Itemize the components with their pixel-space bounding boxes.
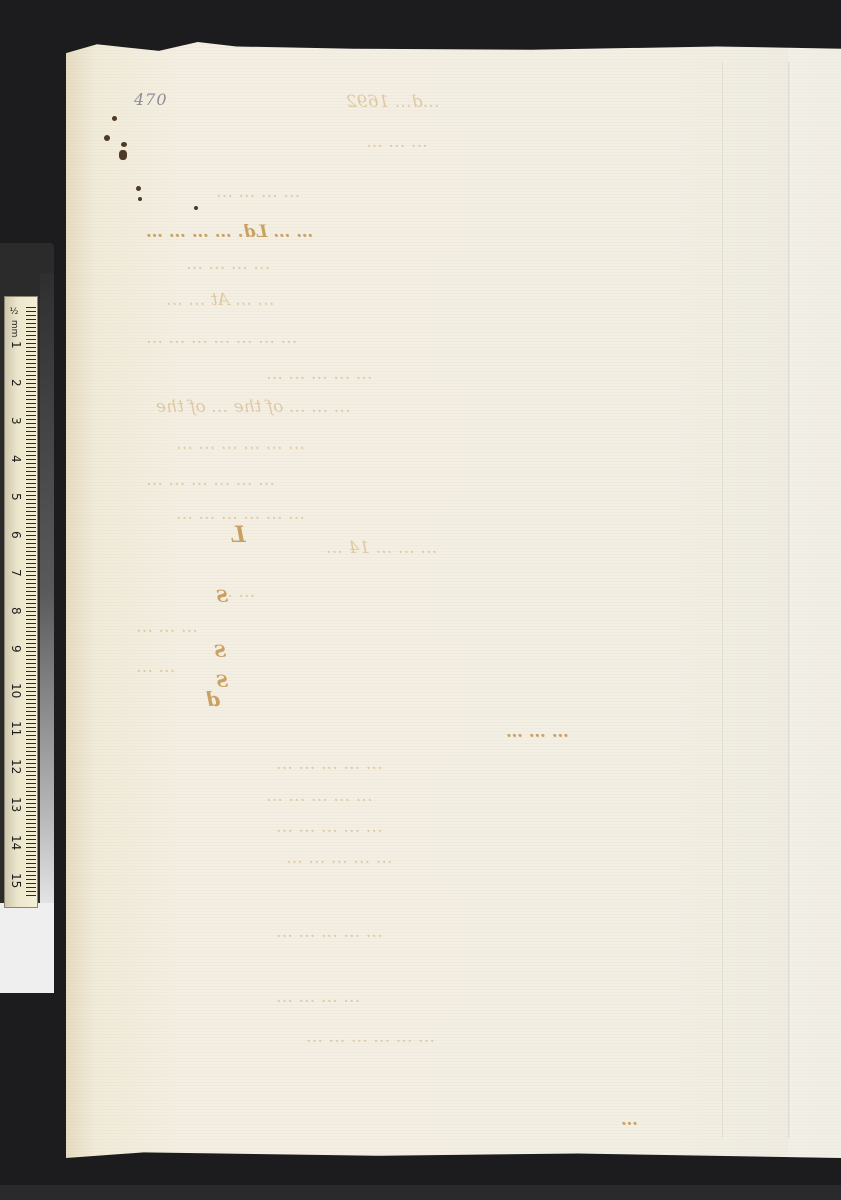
bleed-through-line: … … … … … — [276, 817, 383, 837]
ruler-number: 10 — [9, 683, 23, 698]
ruler-number: 5 — [9, 493, 23, 501]
stain-spot — [136, 186, 141, 191]
stain-spot — [138, 197, 142, 201]
bleed-through-word: … — [621, 1110, 638, 1130]
ruler-number: 15 — [9, 873, 23, 888]
ruler-unit-label: ½ mm — [9, 307, 19, 337]
background-bottom-strip — [0, 1185, 841, 1200]
ruler-ticks — [26, 307, 36, 897]
bleed-through-line: … … … … … — [276, 754, 383, 774]
bleed-through-line: … … … … … — [266, 364, 373, 384]
marginal-mark: S — [214, 642, 226, 662]
stain-spot — [112, 116, 117, 121]
bleed-through-line: … … — [136, 657, 175, 677]
ruler-number: 13 — [9, 797, 23, 812]
bleed-through-line: … … At … … — [166, 290, 274, 310]
page-fold-line — [788, 62, 791, 1138]
marginal-mark: L — [230, 522, 245, 548]
bleed-through-line: … … … … — [186, 254, 270, 274]
bleed-through-line: … … … … … — [286, 848, 393, 868]
ruler-number: 1 — [9, 341, 23, 349]
bleed-through-line: … … … — [506, 722, 569, 742]
ruler-number: 11 — [9, 721, 23, 736]
bleed-through-line: … … … … … … … — [146, 328, 297, 348]
ruler-number: 9 — [9, 645, 23, 653]
measurement-ruler: ½ mm 1 2 3 4 5 6 7 8 9 10 11 12 13 14 15 — [4, 296, 38, 908]
scale-card-foot — [0, 903, 54, 993]
stain-spot — [194, 206, 198, 210]
ruler-number: 7 — [9, 569, 23, 577]
ruler-number: 8 — [9, 607, 23, 615]
ruler-number: 6 — [9, 531, 23, 539]
bleed-through-line: … … … … … … — [306, 1027, 435, 1047]
bleed-through-line: … … … … … … — [176, 504, 305, 524]
ruler-number: 12 — [9, 759, 23, 774]
bleed-through-line: … … … … … — [266, 786, 373, 806]
bleed-through-line: … … … … … … — [146, 470, 275, 490]
marginal-mark: d — [206, 687, 220, 711]
ruler-number: 2 — [9, 379, 23, 387]
folded-edge-panel — [788, 42, 841, 1158]
bleed-through-line: … … … — [366, 132, 428, 152]
page-fold-line — [722, 62, 724, 1138]
grey-scale-strip — [40, 273, 54, 913]
marginal-mark: S — [216, 587, 228, 607]
ruler-number: 4 — [9, 455, 23, 463]
bleed-through-line: … … … 14 … — [326, 538, 437, 558]
manuscript-page: 470 …d… 1692 … … … … … … … … … Ld. … … …… — [66, 42, 841, 1158]
bleed-through-line: … … … … — [216, 182, 300, 202]
bleed-through-line: … … Ld. … … … … — [146, 222, 313, 242]
stain-spot — [119, 150, 127, 160]
stain-spot — [121, 142, 127, 147]
bleed-through-line: … … … of the … of the — [156, 397, 351, 417]
bleed-through-line: … … … — [136, 617, 198, 637]
bleed-through-line: … … … … — [276, 987, 360, 1007]
ruler-number: 14 — [9, 835, 23, 850]
folio-number: 470 — [134, 90, 168, 109]
ruler-number: 3 — [9, 417, 23, 425]
bleed-through-line: … … … … … … — [176, 434, 305, 454]
bleed-through-line: … … … … … — [276, 922, 383, 942]
stain-spot — [104, 135, 110, 141]
bleed-through-line: …d… 1692 — [346, 92, 440, 112]
